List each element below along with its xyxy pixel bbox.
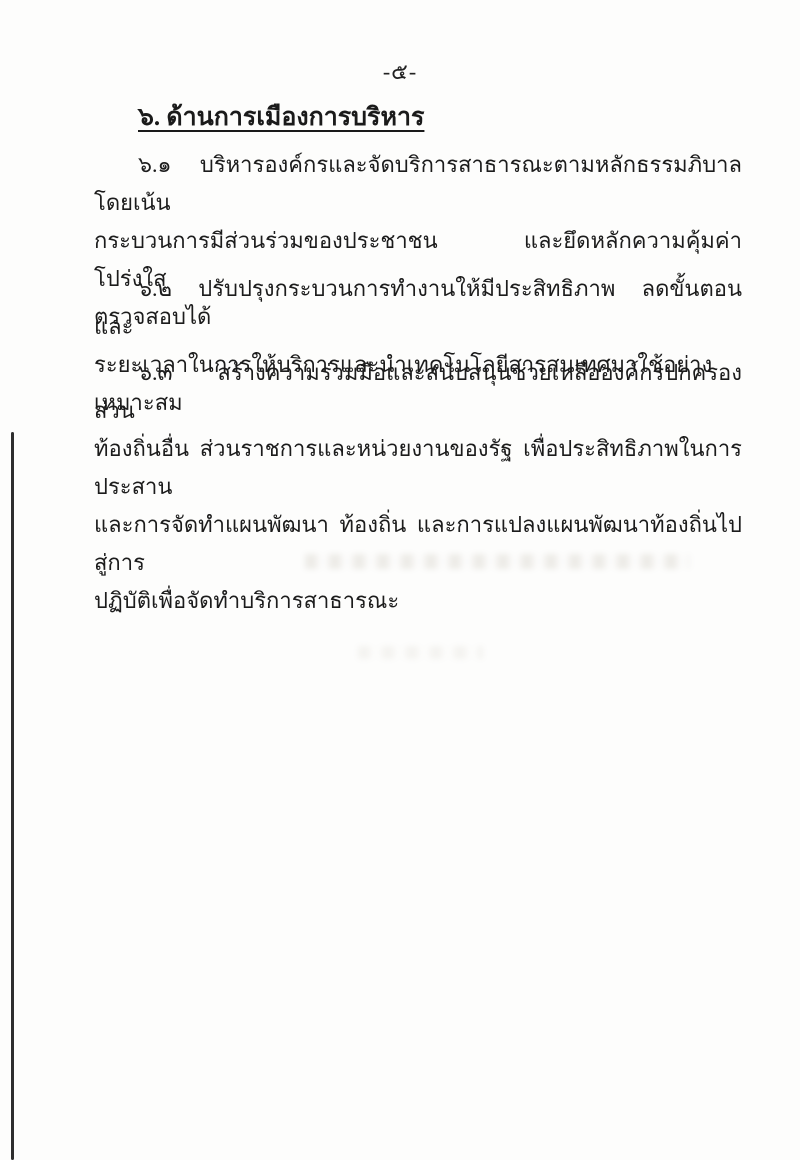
- page-number: -๕-: [0, 54, 800, 89]
- paragraph-line: ๖.๒ ปรับปรุงกระบวนการทำงานให้มีประสิทธิภ…: [94, 270, 742, 346]
- paragraph-line: และการจัดทำแผนพัฒนา ท้องถิ่น และการแปลงแ…: [94, 506, 742, 582]
- paragraph-6-3: ๖.๓ สร้างความร่วมมือและสนับสนุนช่วยเหลือ…: [94, 354, 742, 620]
- document-page: -๕- ๖. ด้านการเมืองการบริหาร ๖.๑ บริหารอ…: [0, 0, 800, 1160]
- paragraph-line: ๖.๑ บริหารองค์กรและจัดบริการสาธารณะตามหล…: [94, 146, 742, 222]
- ink-bleedthrough-artifact: [305, 554, 690, 569]
- paragraph-line: ท้องถิ่นอื่น ส่วนราชการและหน่วยงานของรัฐ…: [94, 430, 742, 506]
- paragraph-line: ๖.๓ สร้างความร่วมมือและสนับสนุนช่วยเหลือ…: [94, 354, 742, 430]
- paragraph-line: ปฏิบัติเพื่อจัดทำบริการสาธารณะ: [94, 582, 742, 620]
- section-heading: ๖. ด้านการเมืองการบริหาร: [138, 97, 424, 137]
- ink-bleedthrough-artifact: [358, 646, 483, 659]
- scan-edge-line-artifact: [11, 432, 14, 1160]
